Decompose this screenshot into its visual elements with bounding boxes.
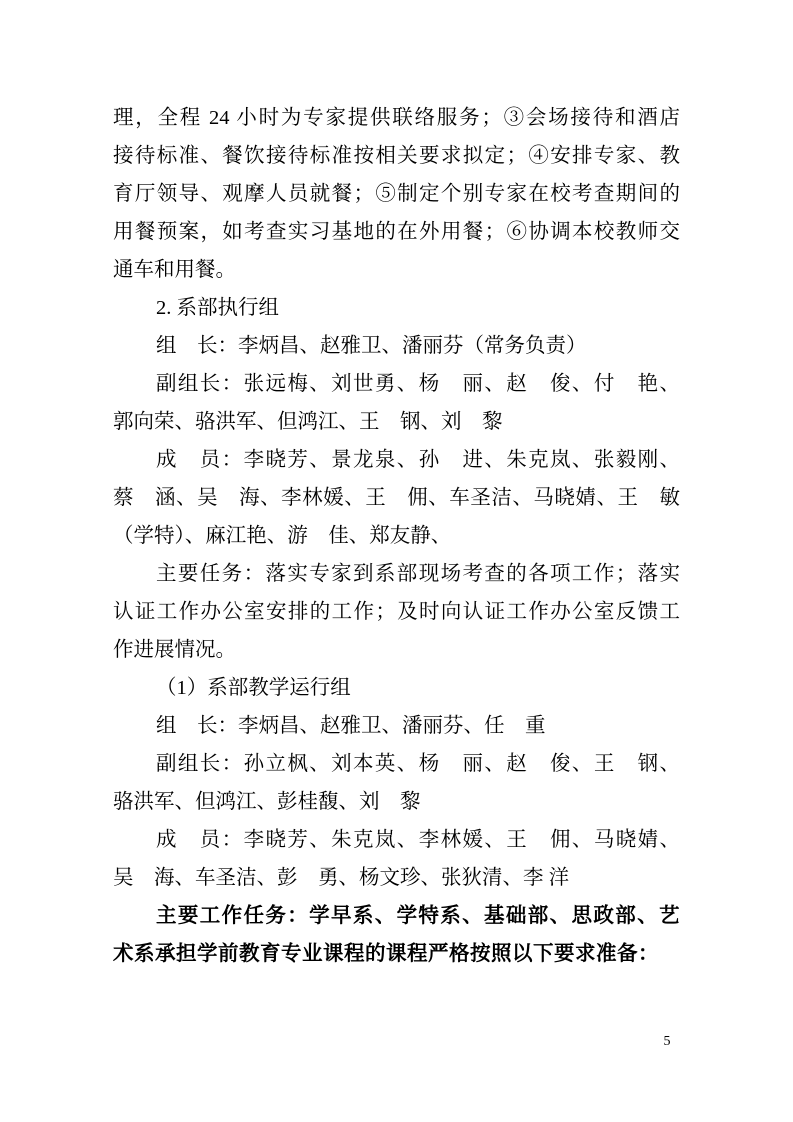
text-line: 组 长：李炳昌、赵雅卫、潘丽芬（常务负责） xyxy=(113,327,680,365)
text-line: 通车和用餐。 xyxy=(113,251,680,289)
text-line: 用餐预案，如考查实习基地的在外用餐；⑥协调本校教师交 xyxy=(113,213,680,251)
text-line: 郭向荣、骆洪军、但鸿江、王 钢、刘 黎 xyxy=(113,403,680,441)
text-line: 蔡 涵、吴 海、李林媛、王 佣、车圣洁、马晓婧、王 敏 xyxy=(113,479,680,517)
text-line: 作进展情况。 xyxy=(113,631,680,669)
text-line: 理，全程 24 小时为专家提供联络服务；③会场接待和酒店 xyxy=(113,99,680,137)
text-line: 成 员：李晓芳、朱克岚、李林媛、王 佣、马晓婧、 xyxy=(113,821,680,859)
section-heading: 2. 系部执行组 xyxy=(113,289,680,327)
page-number: 5 xyxy=(655,1032,679,1052)
text-line: 组 长：李炳昌、赵雅卫、潘丽芬、任 重 xyxy=(113,707,680,745)
document-page: 理，全程 24 小时为专家提供联络服务；③会场接待和酒店 接待标准、餐饮接待标准… xyxy=(0,0,793,1122)
text-line: 吴 海、车圣洁、彭 勇、杨文珍、张狄清、李 洋 xyxy=(113,859,680,897)
text-line: 成 员：李晓芳、景龙泉、孙 进、朱克岚、张毅刚、 xyxy=(113,441,680,479)
text-line: 主要任务：落实专家到系部现场考查的各项工作；落实 xyxy=(113,555,680,593)
section-heading: （1）系部教学运行组 xyxy=(113,669,680,707)
emphasis-text-line: 主要工作任务：学早系、学特系、基础部、思政部、艺 xyxy=(113,897,680,935)
text-line: 副组长：张远梅、刘世勇、杨 丽、赵 俊、付 艳、 xyxy=(113,365,680,403)
page-body: 理，全程 24 小时为专家提供联络服务；③会场接待和酒店 接待标准、餐饮接待标准… xyxy=(113,99,680,973)
text-line: 骆洪军、但鸿江、彭桂馥、刘 黎 xyxy=(113,783,680,821)
text-line: 育厅领导、观摩人员就餐；⑤制定个别专家在校考查期间的 xyxy=(113,175,680,213)
text-line: 接待标准、餐饮接待标准按相关要求拟定；④安排专家、教 xyxy=(113,137,680,175)
text-line: 认证工作办公室安排的工作；及时向认证工作办公室反馈工 xyxy=(113,593,680,631)
text-line: 副组长：孙立枫、刘本英、杨 丽、赵 俊、王 钢、 xyxy=(113,745,680,783)
text-line: （学特）、麻江艳、游 佳、郑友静、 xyxy=(113,517,680,555)
emphasis-text-line: 术系承担学前教育专业课程的课程严格按照以下要求准备： xyxy=(113,935,680,973)
